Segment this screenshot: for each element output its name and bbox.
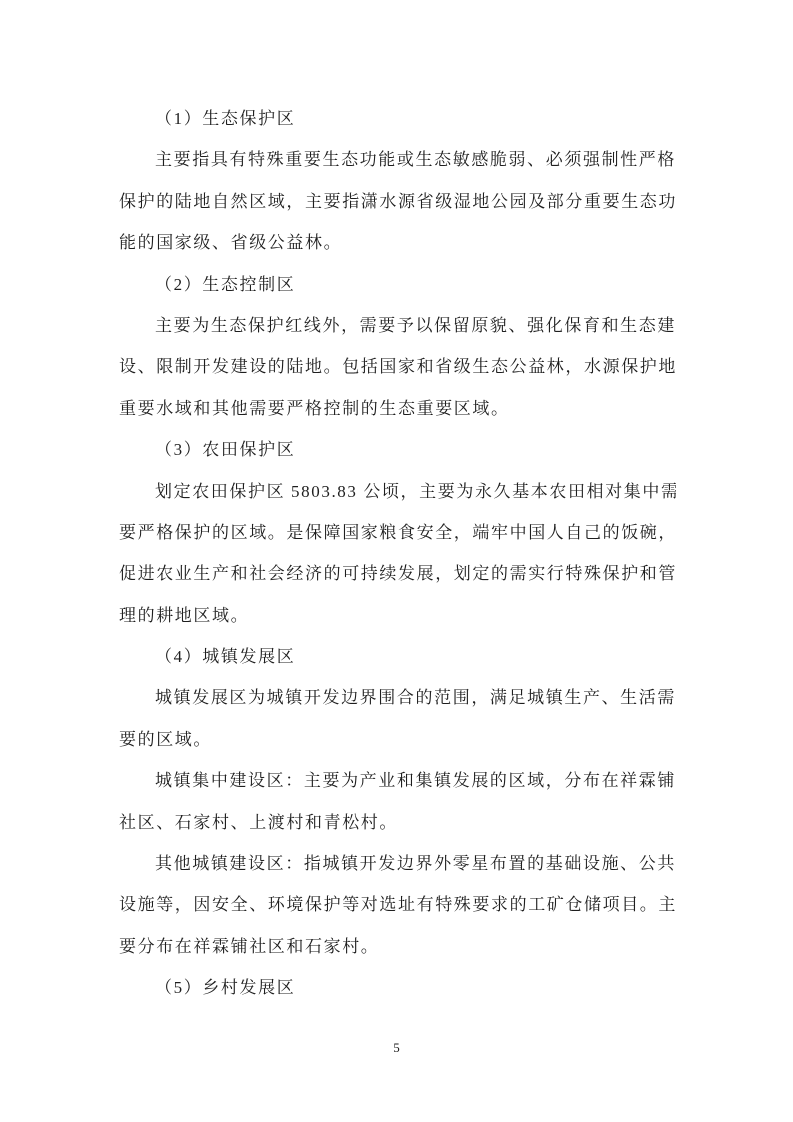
document-body: （1）生态保护区 主要指具有特殊重要生态功能或生态敏感脆弱、必须强制性严格 保护… — [119, 98, 676, 1009]
text-line: 能的国家级、省级公益林。 — [119, 222, 676, 263]
text-line: 主要指具有特殊重要生态功能或生态敏感脆弱、必须强制性严格 — [119, 139, 676, 180]
text-line: 主要为生态保护红线外，需要予以保留原貌、强化保育和生态建 — [119, 305, 676, 346]
text-line: 划定农田保护区 5803.83 公顷，主要为永久基本农田相对集中需 — [119, 471, 676, 512]
text-line: 重要水域和其他需要严格控制的生态重要区域。 — [119, 388, 676, 429]
text-line: 要严格保护的区域。是保障国家粮食安全，端牢中国人自己的饭碗， — [119, 512, 676, 553]
section-heading-3: （3）农田保护区 — [119, 429, 676, 470]
section-heading-1: （1）生态保护区 — [119, 98, 676, 139]
page-number: 5 — [0, 1038, 793, 1058]
text-line: 要的区域。 — [119, 719, 676, 760]
text-line: 社区、石家村、上渡村和青松村。 — [119, 802, 676, 843]
text-line: 其他城镇建设区：指城镇开发边界外零星布置的基础设施、公共 — [119, 843, 676, 884]
text-line: 保护的陆地自然区域，主要指潇水源省级湿地公园及部分重要生态功 — [119, 181, 676, 222]
section-heading-2: （2）生态控制区 — [119, 264, 676, 305]
text-line: 设施等，因安全、环境保护等对选址有特殊要求的工矿仓储项目。主 — [119, 884, 676, 925]
text-line: 促进农业生产和社会经济的可持续发展，划定的需实行特殊保护和管 — [119, 553, 676, 594]
text-line: 设、限制开发建设的陆地。包括国家和省级生态公益林，水源保护地、 — [119, 346, 676, 387]
section-heading-4: （4）城镇发展区 — [119, 636, 676, 677]
text-line: 城镇集中建设区：主要为产业和集镇发展的区域，分布在祥霖铺 — [119, 760, 676, 801]
section-heading-5: （5）乡村发展区 — [119, 967, 676, 1008]
document-page: （1）生态保护区 主要指具有特殊重要生态功能或生态敏感脆弱、必须强制性严格 保护… — [0, 0, 793, 1122]
text-line: 理的耕地区域。 — [119, 595, 676, 636]
text-line: 要分布在祥霖铺社区和石家村。 — [119, 926, 676, 967]
text-line: 城镇发展区为城镇开发边界围合的范围，满足城镇生产、生活需 — [119, 677, 676, 718]
